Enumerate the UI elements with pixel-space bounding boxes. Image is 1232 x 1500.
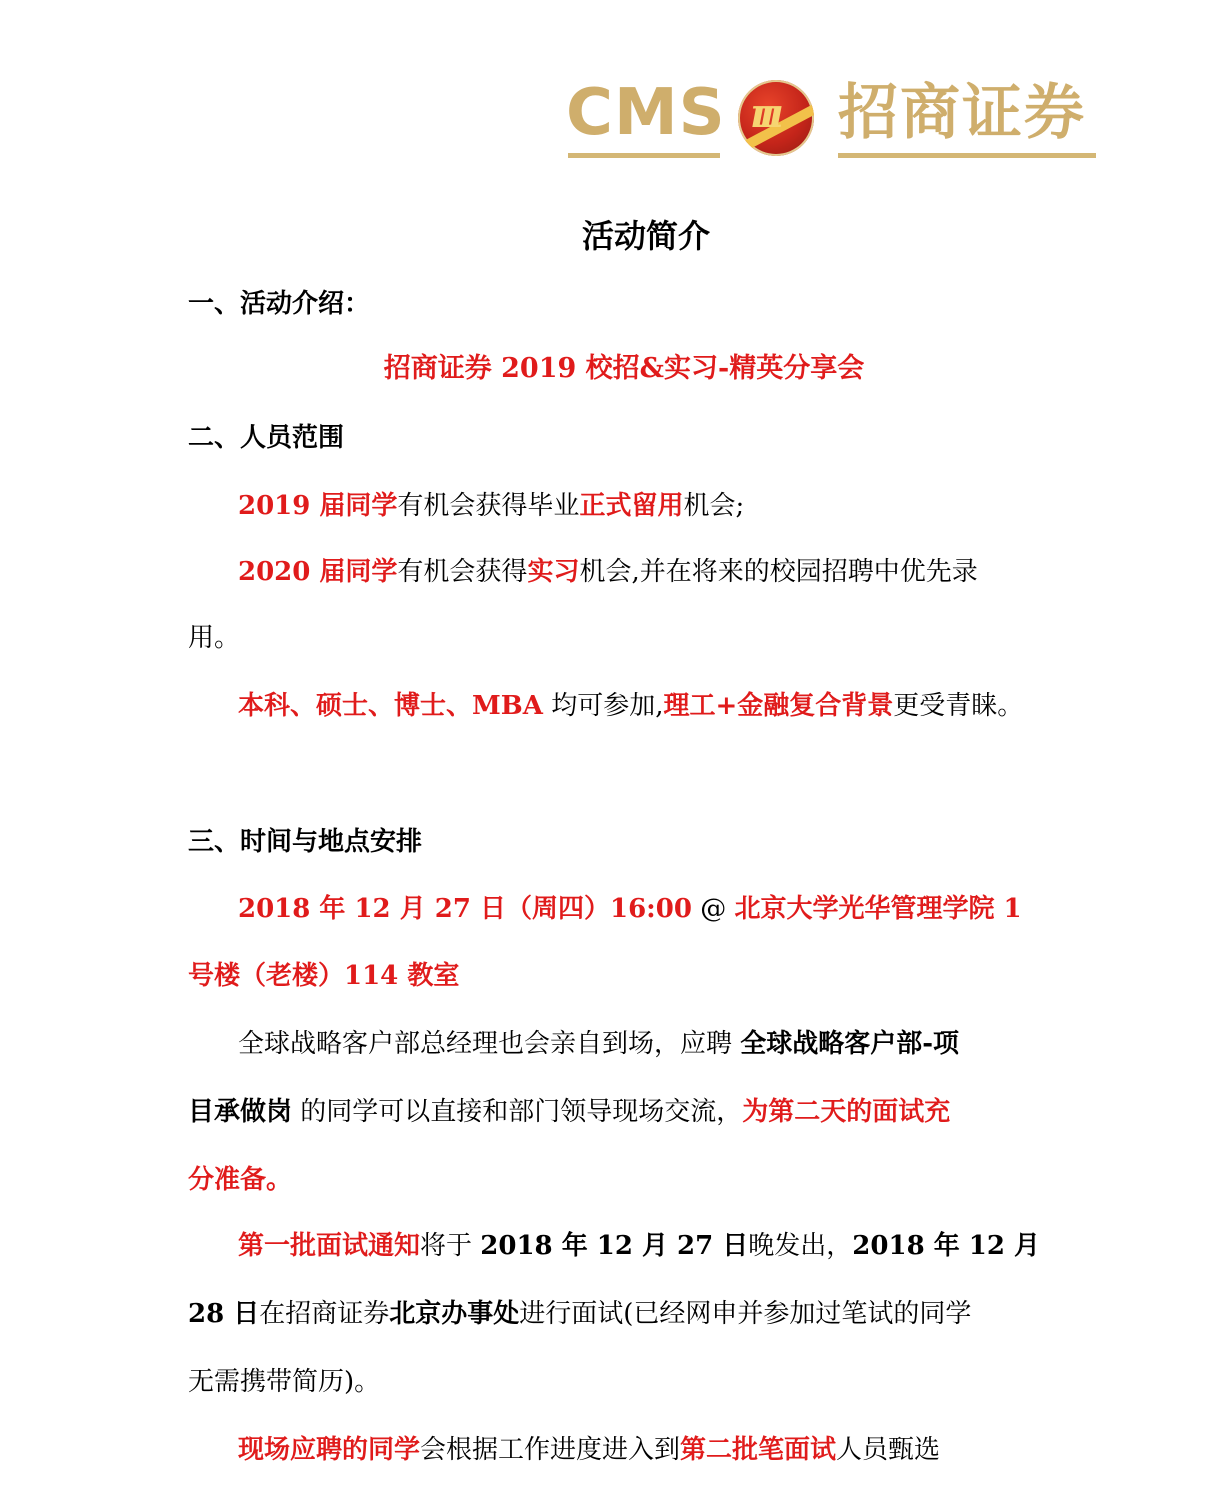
document-title: 活动简介	[0, 214, 1232, 258]
time-location-line-1: 2018 年 12 月 27 日（周四）16:00 @ 北京大学光华管理学院 1	[238, 889, 1098, 929]
event-venue: 北京大学光华管理学院 1	[734, 894, 1021, 924]
text-normal: 全球战略客户部总经理也会亲自到场，应聘	[238, 1029, 740, 1059]
manager-paragraph-line-3: 分准备。	[188, 1160, 1048, 1200]
logo-underline-right	[838, 153, 1096, 158]
text-normal: 会根据工作进度进入到	[420, 1435, 680, 1465]
text-normal: 人员甄选	[836, 1435, 940, 1465]
text-normal: 均可参加,	[543, 691, 664, 721]
event-datetime: 2018 年 12 月 27 日（周四）16:00	[238, 894, 692, 924]
text-normal: 有机会获得毕业	[397, 491, 579, 521]
logo-underline-left	[568, 153, 720, 158]
interview-paragraph-line-1: 第一批面试通知将于 2018 年 12 月 27 日晚发出，2018 年 12 …	[238, 1226, 1098, 1266]
text-highlight: 为第二天的面试充	[742, 1097, 950, 1127]
text-highlight: 第一批面试通知	[238, 1231, 420, 1261]
text-normal: 机会,并在将来的校园招聘中优先录	[579, 557, 977, 587]
manager-paragraph-line-2: 目承做岗 的同学可以直接和部门领导现场交流，为第二天的面试充	[188, 1092, 1048, 1132]
onsite-paragraph-line-1: 现场应聘的同学会根据工作进度进入到第二批笔面试人员甄选	[238, 1430, 1098, 1470]
event-name: 招商证券 2019 校招&实习-精英分享会	[0, 349, 1232, 389]
text-normal: 的同学可以直接和部门领导现场交流，	[292, 1097, 742, 1127]
text-bold: 目承做岗	[188, 1097, 292, 1127]
logo-latin-text: CMS	[566, 78, 726, 148]
emblem-glyph: ııı	[750, 90, 778, 137]
text-highlight: 本科、硕士、博士、MBA	[238, 691, 543, 721]
interview-paragraph-line-3: 无需携带简历)。	[188, 1362, 1048, 1402]
manager-paragraph-line-1: 全球战略客户部总经理也会亲自到场，应聘 全球战略客户部-项	[238, 1024, 1098, 1064]
cms-logo: CMS ııı 招商证券	[566, 78, 1098, 162]
text-highlight: 现场应聘的同学	[238, 1435, 420, 1465]
section-2-heading: 二、人员范围	[188, 418, 1048, 458]
text-normal: 在招商证券	[259, 1299, 389, 1329]
text-normal: 将于	[420, 1231, 480, 1261]
text-bold: 2018 年 12 月 27 日	[480, 1231, 748, 1261]
logo-chinese-text: 招商证券	[838, 78, 1086, 148]
text-bold: 2018 年 12 月	[852, 1231, 1040, 1261]
text-highlight: 第二批笔面试	[680, 1435, 836, 1465]
section-3-heading: 三、时间与地点安排	[188, 822, 1048, 862]
text-bold: 北京办事处	[389, 1299, 519, 1329]
text-highlight: 理工+金融复合背景	[663, 691, 893, 721]
text-highlight: 2019 届同学	[238, 491, 397, 521]
scope-paragraph-2: 2020 届同学有机会获得实习机会,并在将来的校园招聘中优先录	[238, 552, 1098, 592]
text-highlight: 正式留用	[579, 491, 683, 521]
text-normal: 进行面试(已经网申并参加过笔试的同学	[519, 1299, 971, 1329]
scope-paragraph-3: 本科、硕士、博士、MBA 均可参加,理工+金融复合背景更受青睐。	[238, 686, 1098, 726]
scope-paragraph-1: 2019 届同学有机会获得毕业正式留用机会;	[238, 486, 1098, 526]
text-highlight: 实习	[527, 557, 579, 587]
text-normal: 更受青睐。	[893, 691, 1023, 721]
at-symbol: @	[692, 894, 735, 924]
text-normal: 晚发出，	[748, 1231, 852, 1261]
text-highlight: 2020 届同学	[238, 557, 397, 587]
logo-emblem-icon: ııı	[738, 80, 814, 156]
text-normal: 机会;	[683, 491, 744, 521]
time-location-line-2: 号楼（老楼）114 教室	[188, 956, 1048, 996]
interview-paragraph-line-2: 28 日在招商证券北京办事处进行面试(已经网申并参加过笔试的同学	[188, 1294, 1048, 1334]
section-1-heading: 一、活动介绍：	[188, 284, 1048, 324]
text-bold: 全球战略客户部-项	[740, 1029, 959, 1059]
text-bold: 28 日	[188, 1299, 259, 1329]
scope-paragraph-2-cont: 用。	[188, 618, 1048, 658]
text-normal: 有机会获得	[397, 557, 527, 587]
